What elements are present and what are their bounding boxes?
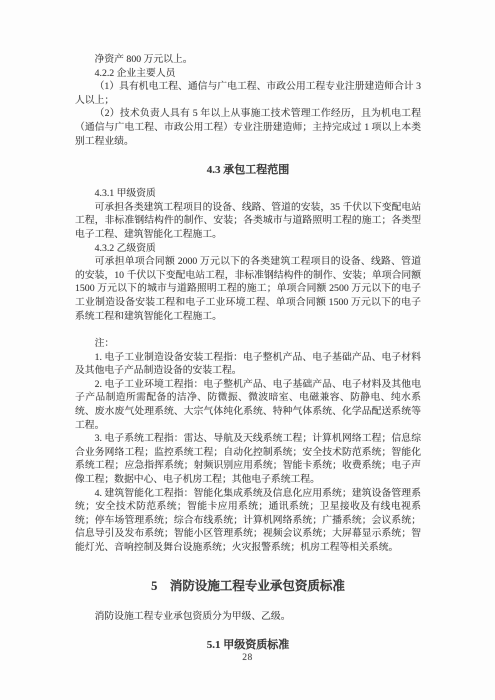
body-paragraph: 可承担单项合同额 2000 万元以下的各类建筑工程项目的设备、线路、管道的安装，… <box>75 255 421 323</box>
body-paragraph: 4. 建筑智能化工程指：智能化集成系统及信息化应用系统；建筑设备管理系统；安全技… <box>75 487 421 555</box>
body-paragraph: 2. 电子工业环境工程指：电子整机产品、电子基础产品、电子材料及其他电子产品制造… <box>75 378 421 432</box>
body-paragraph: （2）技术负责人具有 5 年以上从事施工技术管理工作经历，且为机电工程（通信与广… <box>75 107 421 148</box>
blank-line <box>75 323 421 337</box>
body-paragraph: 可承担各类建筑工程项目的设备、线路、管道的安装，35 千伏以下变配电站工程，非标… <box>75 201 421 242</box>
page-number: 28 <box>0 653 495 663</box>
body-paragraph: 4.3.2 乙级资质 <box>75 242 421 256</box>
document-content: 净资产 800 万元以上。4.2.2 企业主要人员（1）具有机电工程、通信与广电… <box>75 53 421 662</box>
document-page: 净资产 800 万元以上。4.2.2 企业主要人员（1）具有机电工程、通信与广电… <box>0 0 495 700</box>
body-paragraph: 注： <box>75 337 421 351</box>
body-paragraph: （1）具有机电工程、通信与广电工程、市政公用工程专业注册建造师合计 3 人以上； <box>75 80 421 107</box>
body-paragraph: 消防设施工程专业承包资质分为甲级、乙级。 <box>75 610 421 624</box>
chapter-heading: 5 消防设施工程专业承包资质标准 <box>75 576 421 594</box>
body-paragraph: 4.2.2 企业主要人员 <box>75 67 421 81</box>
body-paragraph: 净资产 800 万元以上。 <box>75 53 421 67</box>
body-paragraph: 1. 电子工业制造设备安装工程指：电子整机产品、电子基础产品、电子材料及其他电子… <box>75 351 421 378</box>
body-paragraph: 4.3.1 甲级资质 <box>75 187 421 201</box>
section-heading: 5.1 甲级资质标准 <box>75 636 421 652</box>
section-heading: 4.3 承包工程范围 <box>75 161 421 177</box>
body-paragraph: 3. 电子系统工程指：雷达、导航及天线系统工程；计算机网络工程；信息综合业务网络… <box>75 432 421 486</box>
